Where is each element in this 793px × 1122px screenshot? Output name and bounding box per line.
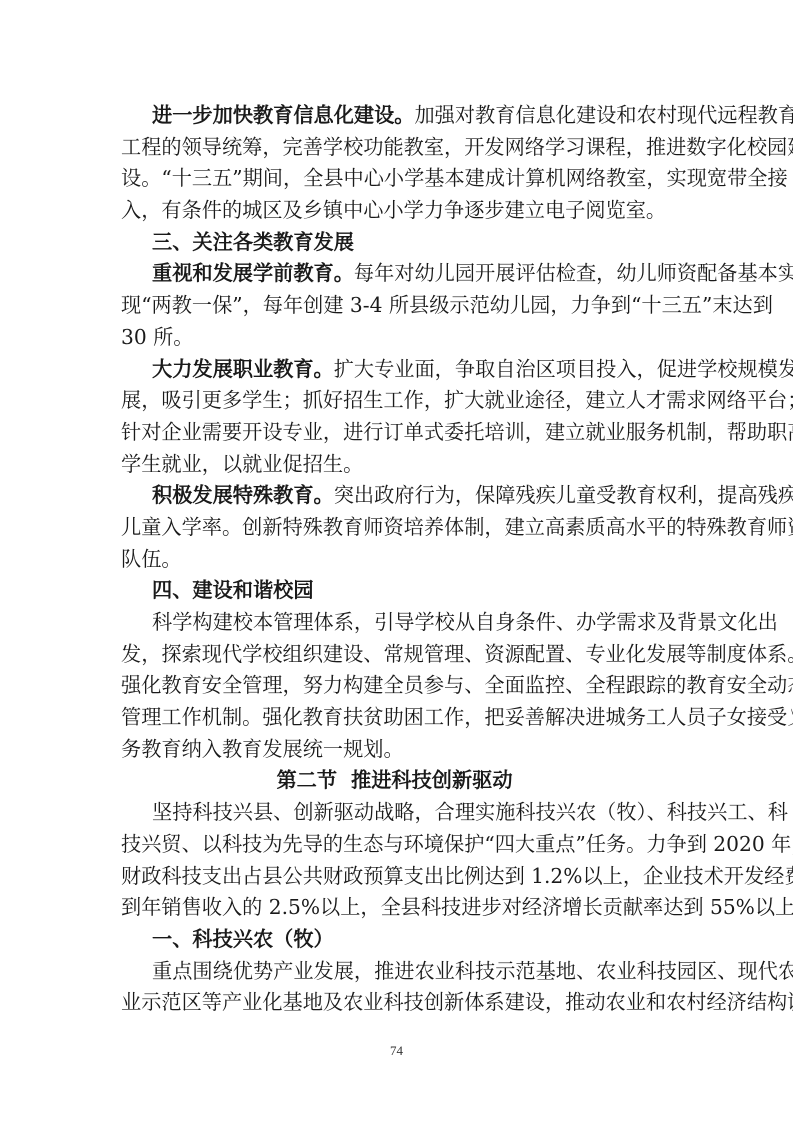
text-line: 坚持科技兴县、创新驱动战略，合理实施科技兴农（牧）、科技兴工、科: [121, 797, 668, 829]
text-line: 大力发展职业教育。扩大专业面，争取自治区项目投入，促进学校规模发: [121, 354, 668, 386]
text-line: 展，吸引更多学生；抓好招生工作，扩大就业途径，建立人才需求网络平台；: [121, 385, 668, 417]
text-line: 务教育纳入教育发展统一规划。: [121, 734, 668, 766]
text-line: 工程的领导统筹，完善学校功能教室，开发网络学习课程，推进数字化校园建: [121, 132, 668, 164]
text-line: 积极发展特殊教育。突出政府行为，保障残疾儿童受教育权利，提高残疾: [121, 480, 668, 512]
heading-harmonious-campus: 四、建设和谐校园: [121, 575, 668, 607]
paragraph-agriculture-tech: 重点围绕优势产业发展，推进农业科技示范基地、农业科技园区、现代农 业示范区等产业…: [121, 956, 668, 1019]
text-line: 科学构建校本管理体系，引导学校从自身条件、办学需求及背景文化出: [121, 607, 668, 639]
paragraph-education-informatization: 进一步加快教育信息化建设。加强对教育信息化建设和农村现代远程教育 工程的领导统筹…: [121, 100, 668, 227]
paragraph-lead: 进一步加快教育信息化建设。: [152, 103, 414, 127]
text-line: 儿童入学率。创新特殊教育师资培养体制，建立高素质高水平的特殊教育师资: [121, 512, 668, 544]
paragraph-vocational-education: 大力发展职业教育。扩大专业面，争取自治区项目投入，促进学校规模发 展，吸引更多学…: [121, 354, 668, 481]
text-line: 重点围绕优势产业发展，推进农业科技示范基地、农业科技园区、现代农: [121, 956, 668, 988]
text-line: 管理工作机制。强化教育扶贫助困工作，把妥善解决进城务工人员子女接受义: [121, 702, 668, 734]
paragraph-innovation-strategy: 坚持科技兴县、创新驱动战略，合理实施科技兴农（牧）、科技兴工、科 技兴贸、以科技…: [121, 797, 668, 924]
paragraph-school-management: 科学构建校本管理体系，引导学校从自身条件、办学需求及背景文化出 发，探索现代学校…: [121, 607, 668, 765]
text-line: 强化教育安全管理，努力构建全员参与、全面监控、全程跟踪的教育安全动态: [121, 670, 668, 702]
paragraph-lead: 大力发展职业教育。: [152, 357, 334, 381]
text-line: 针对企业需要开设专业，进行订单式委托培训，建立就业服务机制，帮助职高: [121, 417, 668, 449]
paragraph-preschool-education: 重视和发展学前教育。每年对幼儿园开展评估检查，幼儿师资配备基本实 现“两教一保”…: [121, 258, 668, 353]
text-line: 现“两教一保”，每年创建 3-4 所县级示范幼儿园，力争到“十三五”末达到: [121, 290, 668, 322]
text-line: 队伍。: [121, 544, 668, 576]
text-line: 发，探索现代学校组织建设、常规管理、资源配置、专业化发展等制度体系。: [121, 639, 668, 671]
text-line: 到年销售收入的 2.5%以上，全县科技进步对经济增长贡献率达到 55%以上。: [121, 892, 668, 924]
text-line: 业示范区等产业化基地及农业科技创新体系建设，推动农业和农村经济结构调: [121, 987, 668, 1019]
text-line: 技兴贸、以科技为先导的生态与环境保护“四大重点”任务。力争到 2020 年，: [121, 829, 668, 861]
text-line: 财政科技支出占县公共财政预算支出比例达到 1.2%以上，企业技术开发经费占: [121, 861, 668, 893]
text-line: 入，有条件的城区及乡镇中心小学力争逐步建立电子阅览室。: [121, 195, 668, 227]
document-page: 进一步加快教育信息化建设。加强对教育信息化建设和农村现代远程教育 工程的领导统筹…: [0, 0, 793, 1122]
text-line: 30 所。: [121, 322, 668, 354]
heading-education-development: 三、关注各类教育发展: [121, 227, 668, 259]
text-line: 设。“十三五”期间，全县中心小学基本建成计算机网络教室，实现宽带全接: [121, 163, 668, 195]
heading-tech-agriculture: 一、科技兴农（牧）: [121, 924, 668, 956]
paragraph-lead: 积极发展特殊教育。: [152, 483, 334, 507]
paragraph-special-education: 积极发展特殊教育。突出政府行为，保障残疾儿童受教育权利，提高残疾 儿童入学率。创…: [121, 480, 668, 575]
paragraph-lead: 重视和发展学前教育。: [152, 261, 354, 285]
text-line: 重视和发展学前教育。每年对幼儿园开展评估检查，幼儿师资配备基本实: [121, 258, 668, 290]
text-line: 学生就业，以就业促招生。: [121, 449, 668, 481]
page-number: 74: [0, 1043, 793, 1059]
section-title: 第二节 推进科技创新驱动: [121, 765, 668, 797]
page-body: 进一步加快教育信息化建设。加强对教育信息化建设和农村现代远程教育 工程的领导统筹…: [121, 100, 668, 1019]
text-line: 进一步加快教育信息化建设。加强对教育信息化建设和农村现代远程教育: [121, 100, 668, 132]
